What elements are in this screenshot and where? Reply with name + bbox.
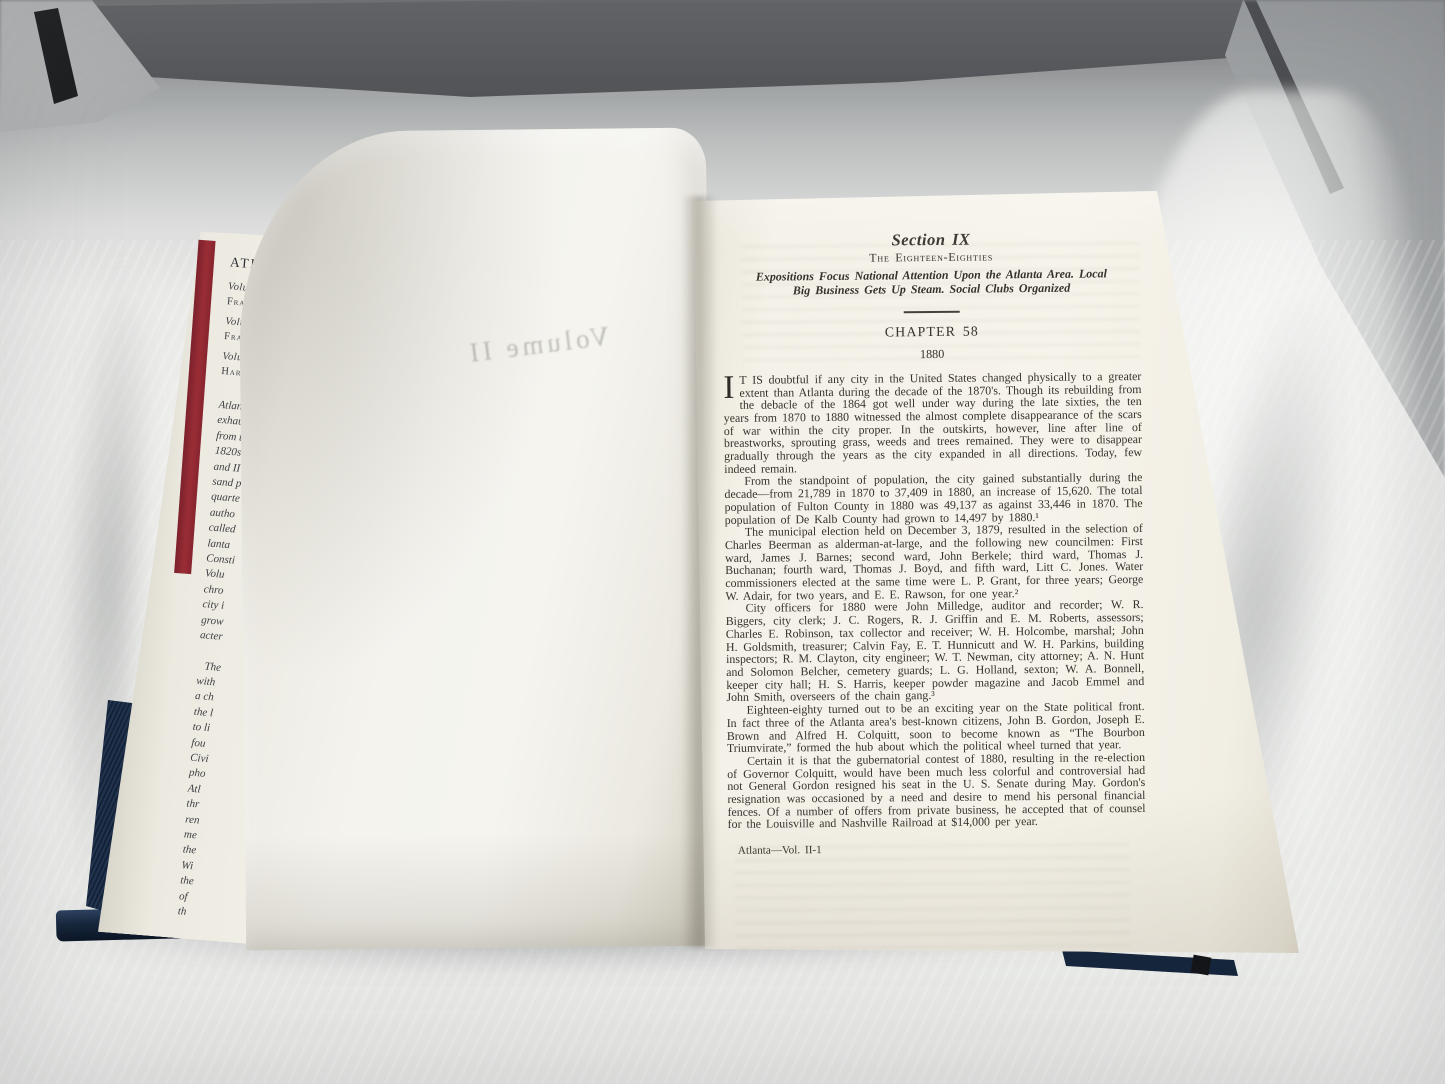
show-through-watermark: Volume II (379, 321, 611, 380)
left-blank-page: Volume II (238, 128, 715, 951)
book-cover-notch (1191, 955, 1212, 976)
book-photograph: ATLANVolumeFrankliVolumeFrankliVolumeHar… (0, 0, 1445, 1084)
book-gutter-shadow (682, 196, 718, 948)
